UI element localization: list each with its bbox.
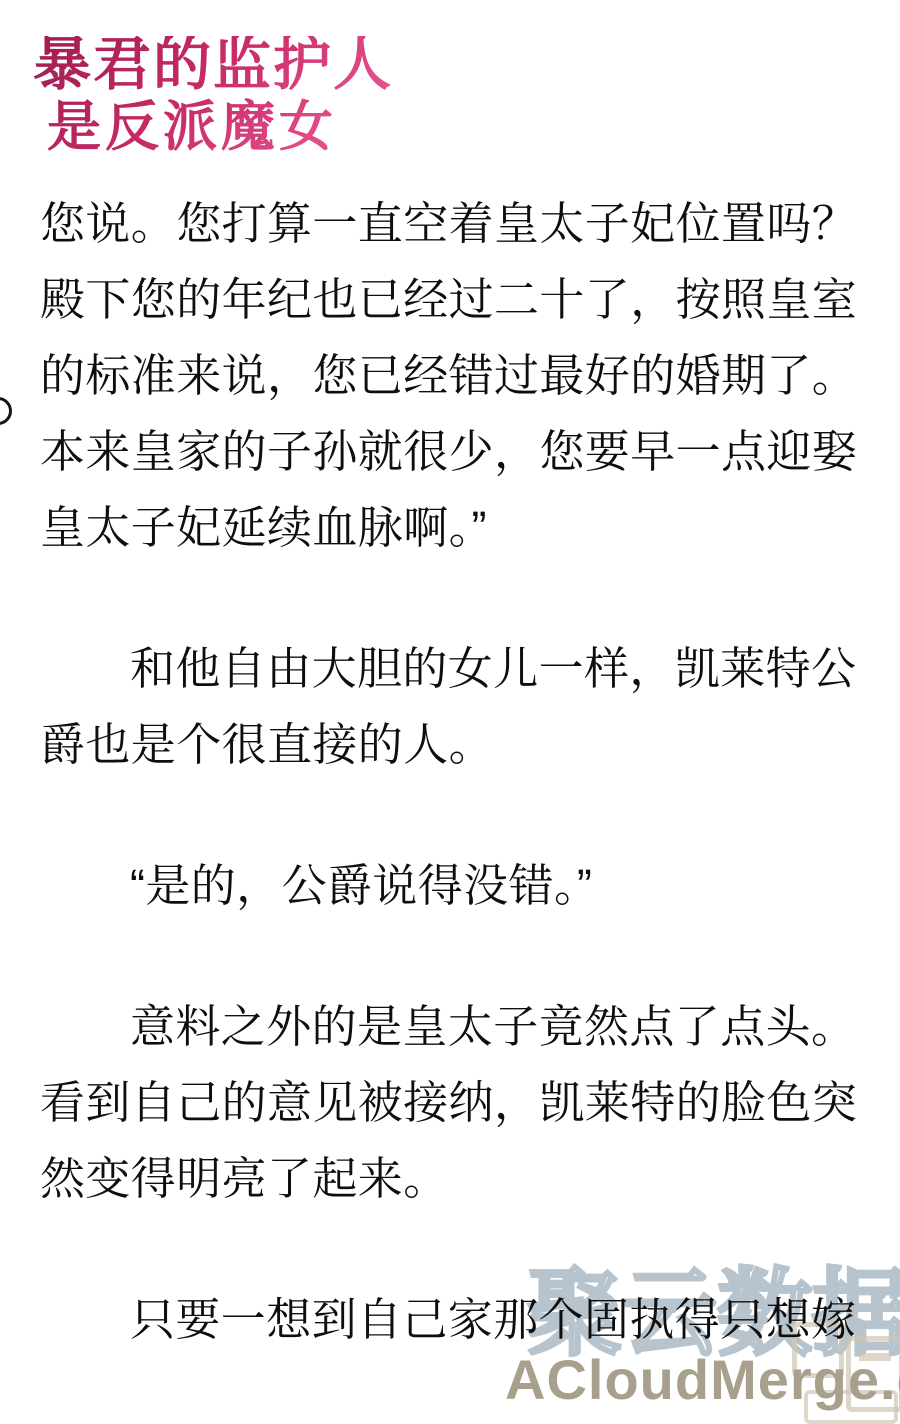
site-watermark: ACloudMerge.com [505, 1352, 900, 1408]
paragraph: 和他自由大胆的女儿一样，凯莱特公爵也是个很直接的人。 [40, 631, 862, 783]
paragraph: 您说。您打算一直空着皇太子妃位置吗？殿下您的年纪也已经过二十了，按照皇室的标准来… [40, 186, 862, 566]
paragraph: “是的，公爵说得没错。” [40, 848, 862, 924]
paragraph: 意料之外的是皇太子竟然点了点头。看到自己的意见被接纳，凯莱特的脸色突然变得明亮了… [40, 989, 862, 1217]
series-logo-line1: 暴君的监护人 [33, 36, 393, 94]
series-logo-line2: 是反派魔女 [47, 100, 393, 154]
series-logo: 暴君的监护人 是反派魔女 [33, 36, 393, 154]
paragraph: 只要一想到自己家那个固执得只想嫁 [40, 1282, 862, 1358]
comic-novel-page: 暴君的监护人 是反派魔女 您说。您打算一直空着皇太子妃位置吗？殿下您的年纪也已经… [0, 0, 900, 1424]
cropped-circle-mark [0, 397, 12, 425]
novel-text-block: 您说。您打算一直空着皇太子妃位置吗？殿下您的年纪也已经过二十了，按照皇室的标准来… [40, 186, 862, 1358]
